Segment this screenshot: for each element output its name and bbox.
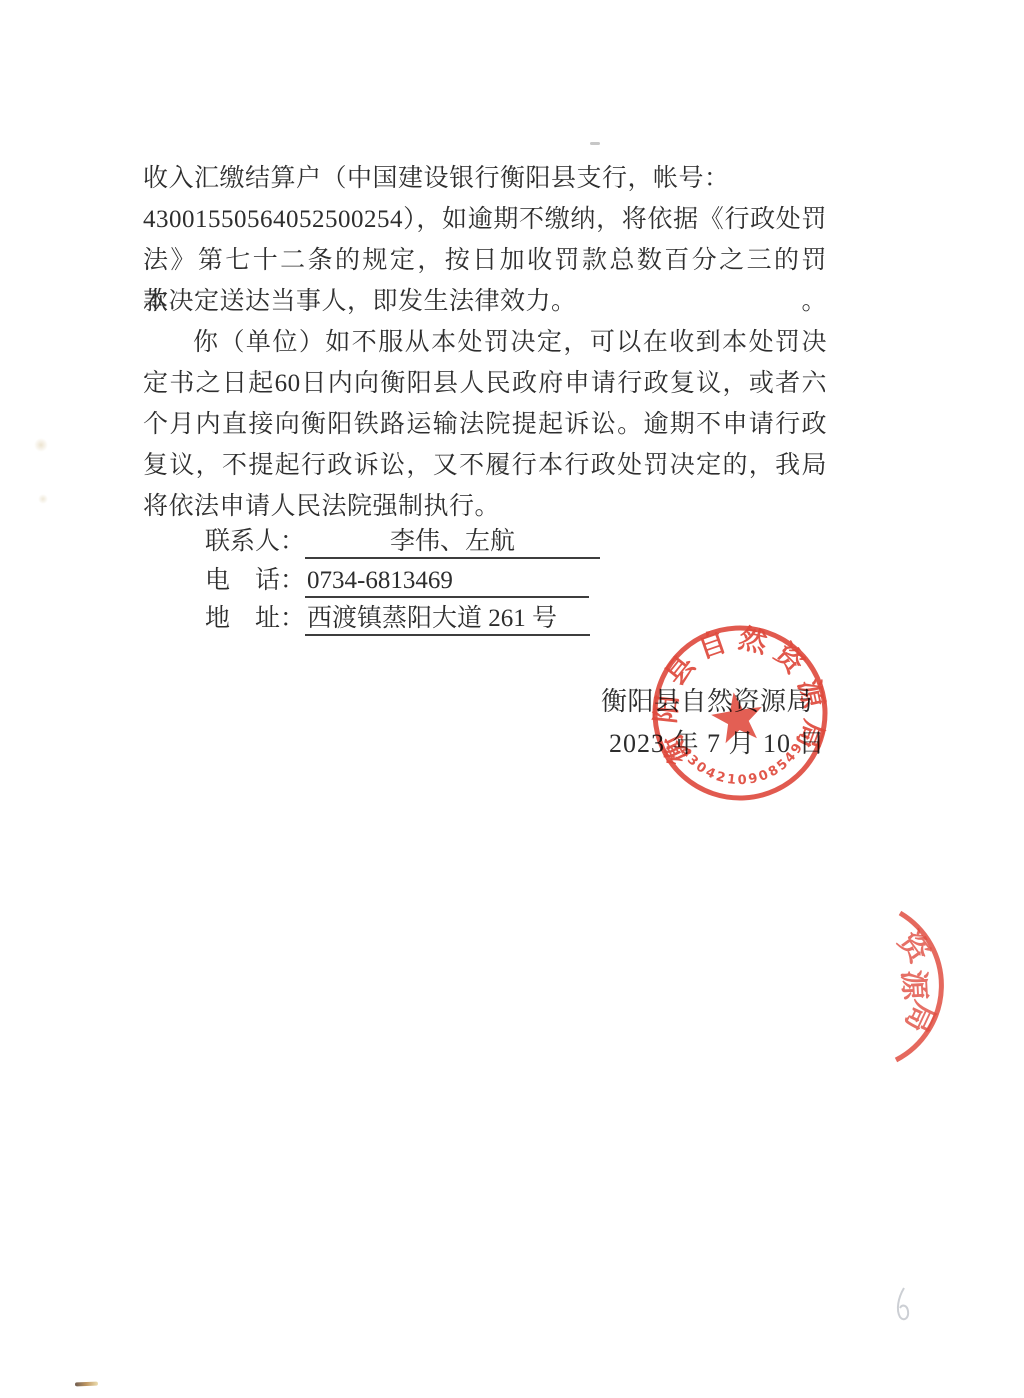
- contact-phone-value: 0734-6813469: [305, 566, 589, 598]
- official-seal: 衡阳县自然资源局 4304210908549: [644, 617, 835, 808]
- scan-speck: [590, 142, 600, 145]
- contact-person-value: 李伟、左航: [305, 527, 600, 559]
- pencil-mark: [890, 1284, 926, 1328]
- scanned-document-page: 收入汇缴结算户（中国建设银行衡阳县支行，帐号： 4300155056405250…: [0, 0, 1024, 1398]
- scan-artifact-line: [75, 1382, 98, 1387]
- contact-row-phone: 电 话： 0734-6813469: [205, 566, 589, 598]
- body-text: 收入汇缴结算户（中国建设银行衡阳县支行，帐号： 4300155056405250…: [143, 158, 827, 527]
- seal-star-icon: [710, 691, 764, 744]
- partial-seal-char1: 资: [891, 925, 937, 970]
- paragraph2-line2: 定书之日起60日内向衡阳县人民政府申请行政复议，或者六: [143, 363, 827, 404]
- partial-seal: 资 源 局: [850, 895, 1024, 1085]
- paragraph1-line2: 43001550564052500254），如逾期不缴纳，将依据《行政处罚: [143, 199, 827, 240]
- paragraph2-line5: 将依法申请人民法院强制执行。: [143, 486, 827, 527]
- paragraph1-line3: 法》第七十二条的规定，按日加收罚款总数百分之三的罚款。: [143, 240, 827, 281]
- scan-speck: [38, 494, 48, 504]
- contact-address-value: 西渡镇蒸阳大道 261 号: [305, 604, 590, 636]
- contact-address-label: 地 址：: [205, 604, 305, 636]
- paragraph1-line1: 收入汇缴结算户（中国建设银行衡阳县支行，帐号：: [143, 158, 827, 199]
- paragraph2-line4: 复议，不提起行政诉讼，又不履行本行政处罚决定的，我局: [143, 445, 827, 486]
- partial-seal-char3: 局: [898, 996, 941, 1037]
- contact-phone-label: 电 话：: [205, 566, 305, 598]
- contact-row-person: 联系人： 李伟、左航: [205, 527, 600, 559]
- scan-speck: [34, 438, 48, 452]
- contact-person-label: 联系人：: [205, 527, 305, 559]
- paragraph2-line1: 你（单位）如不服从本处罚决定，可以在收到本处罚决: [143, 322, 827, 363]
- paragraph2-line3: 个月内直接向衡阳铁路运输法院提起诉讼。逾期不申请行政: [143, 404, 827, 445]
- contact-row-address: 地 址： 西渡镇蒸阳大道 261 号: [205, 604, 590, 636]
